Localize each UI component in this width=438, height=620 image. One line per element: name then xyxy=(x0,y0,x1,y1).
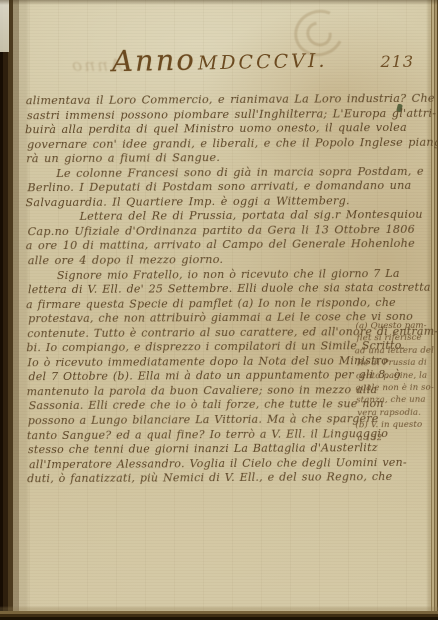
margin-note-line: a 132 xyxy=(357,431,437,444)
margin-annotation: (a) Questo pam-flet si riferiscead una l… xyxy=(355,320,436,445)
page-number: 213 xyxy=(380,52,414,71)
margin-note-line: ad una lettera del xyxy=(355,344,435,357)
margin-note-line: Re di Prussia di xyxy=(357,357,437,370)
page-corner-sliver xyxy=(0,0,9,52)
margin-note-line: (b) V. in questo xyxy=(355,419,435,432)
margin-note-line: cento pagine, la xyxy=(356,369,436,382)
header-anno-script: Anno xyxy=(112,43,196,79)
page-edge-top xyxy=(0,0,438,5)
margin-note-line: (a) Questo pam- xyxy=(355,320,435,333)
margin-note-line: stanza, che una xyxy=(356,394,436,407)
manuscript-page-scan: Anno AnnoMDCCCVI. 213 alimentava il Loro… xyxy=(0,0,438,620)
paragraph-letter-heading: Lettera del Re di Prussia, portata dal s… xyxy=(27,208,427,269)
paragraph-letter-body: Signore mio Fratello, io non ò ricevuto … xyxy=(27,267,363,487)
margin-note-line: vera rapsodia. xyxy=(357,406,437,419)
manuscript-line: duti, ò fanatizzati, più Nemici di V. El… xyxy=(27,470,362,487)
margin-note-line: quale non è in so- xyxy=(355,382,435,395)
header-year-roman-numerals: MDCCCVI. xyxy=(198,50,328,75)
paragraph-news: Le colonne Francesi sono di già in marci… xyxy=(26,165,426,211)
page-header: AnnoMDCCCVI. xyxy=(112,40,328,79)
margin-note-line: flet si riferisce xyxy=(357,332,437,345)
page-stack-edge-bottom xyxy=(0,606,438,620)
paragraph-continuation: alimentava il Loro Commercio, e rianimav… xyxy=(26,92,426,167)
